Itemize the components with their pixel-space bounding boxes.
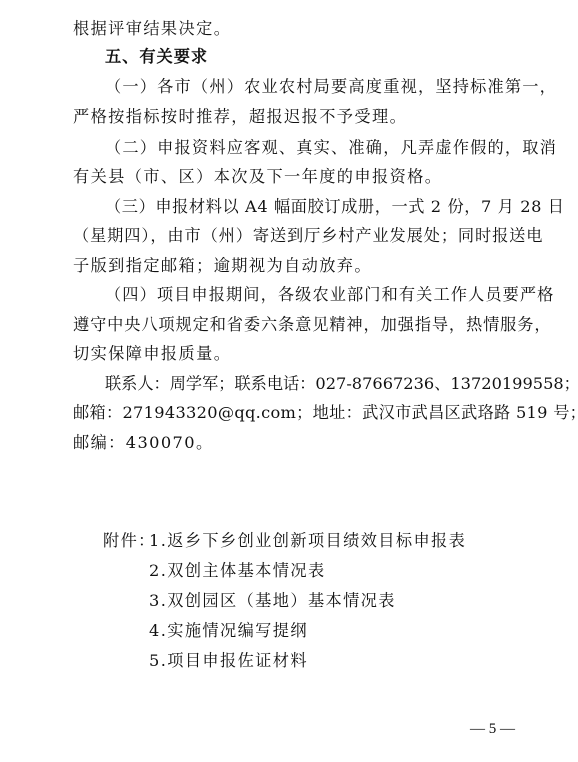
contact-line: 联系人：周学军；联系电话：027-87667236、13720199558； xyxy=(105,374,578,394)
paragraph-line: （星期四），由市（州）寄送到厅乡村产业发展处；同时报送电 xyxy=(73,226,543,246)
attachments-label: 附件： xyxy=(103,531,156,551)
contact-line: 邮箱：271943320@qq.com；地址：武汉市武昌区武珞路 519 号； xyxy=(73,403,578,423)
paragraph-line: 根据评审结果决定。 xyxy=(73,19,231,39)
paragraph-line: （二）申报资料应客观、真实、准确，凡弄虚作假的，取消 xyxy=(105,138,557,158)
page-number: — 5 — xyxy=(470,721,515,738)
attachment-item: 5.项目申报佐证材料 xyxy=(149,651,308,671)
attachment-item: 4.实施情况编写提纲 xyxy=(149,621,308,641)
paragraph-line: （四）项目申报期间，各级农业部门和有关工作人员要严格 xyxy=(105,285,554,305)
contact-line: 邮编：430070。 xyxy=(73,433,214,453)
paragraph-line: 切实保障申报质量。 xyxy=(73,344,231,364)
paragraph-line: 有关县（市、区）本次及下一年度的申报资格。 xyxy=(73,167,442,187)
paragraph-line: （一）各市（州）农业农村局要高度重视，坚持标准第一， xyxy=(105,77,557,97)
paragraph-line: 严格按指标按时推荐，超报迟报不予受理。 xyxy=(73,107,407,127)
paragraph-line: 子版到指定邮箱；逾期视为自动放弃。 xyxy=(73,256,372,276)
section-heading: 五、有关要求 xyxy=(105,47,208,67)
paragraph-line: 遵守中央八项规定和省委六条意见精神，加强指导，热情服务， xyxy=(73,315,551,335)
attachment-item: 2.双创主体基本情况表 xyxy=(149,561,326,581)
attachment-item: 1.返乡下乡创业创新项目绩效目标申报表 xyxy=(149,531,466,551)
attachment-item: 3.双创园区（基地）基本情况表 xyxy=(149,591,396,611)
paragraph-line: （三）申报材料以 A4 幅面胶订成册，一式 2 份，7 月 28 日 xyxy=(105,197,565,217)
